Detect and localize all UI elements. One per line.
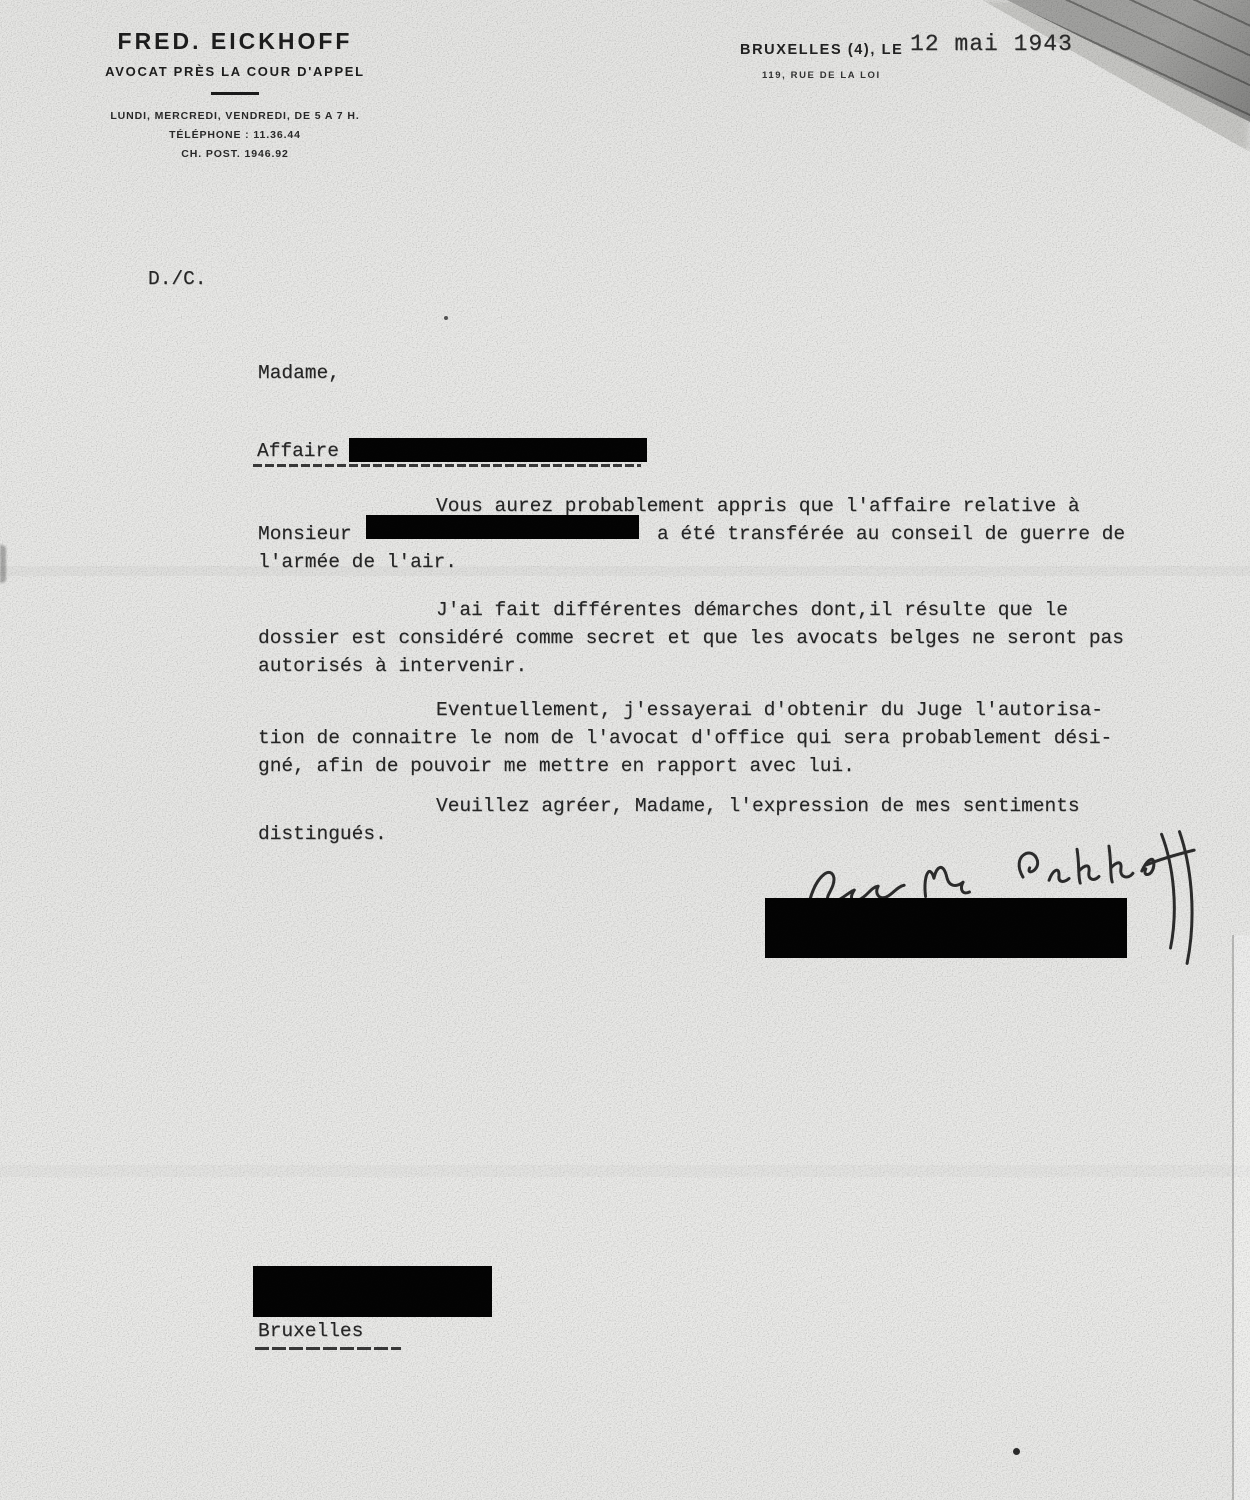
reference-code: D./C. xyxy=(148,268,207,290)
letterhead-phone: TÉLÉPHONE : 11.36.44 xyxy=(68,129,402,141)
letterhead: FRED. EICKHOFF AVOCAT PRÈS LA COUR D'APP… xyxy=(68,28,402,160)
body-line: distingués. xyxy=(258,823,387,845)
body-line: Eventuellement, j'essayerai d'obtenir du… xyxy=(436,699,1103,721)
redaction-bar-subject xyxy=(349,438,647,462)
ink-speck xyxy=(1013,1448,1020,1455)
dateline-city: BRUXELLES (4), LE xyxy=(740,42,903,58)
body-line: l'armée de l'air. xyxy=(258,551,457,573)
subject-label: Affaire xyxy=(257,440,339,462)
body-line: J'ai fait différentes démarches dont,il … xyxy=(436,599,1068,621)
footer-city: Bruxelles xyxy=(258,1320,363,1342)
dateline-address: 119, RUE DE LA LOI xyxy=(762,70,881,81)
body-line: gné, afin de pouvoir me mettre en rappor… xyxy=(258,755,855,777)
edge-smudge xyxy=(0,545,6,583)
body-line: Veuillez agréer, Madame, l'expression de… xyxy=(436,795,1080,817)
body-line: a été transférée au conseil de guerre de xyxy=(657,523,1125,545)
footer-city-underline xyxy=(255,1347,401,1350)
salutation: Madame, xyxy=(258,362,340,384)
letterhead-postal: CH. POST. 1946.92 xyxy=(68,148,402,160)
paper-edge-line xyxy=(1232,935,1234,1500)
ink-speck xyxy=(444,316,448,320)
scanned-letter-page: FRED. EICKHOFF AVOCAT PRÈS LA COUR D'APP… xyxy=(0,0,1250,1500)
redaction-bar-signature xyxy=(765,898,1127,958)
body-line: dossier est considéré comme secret et qu… xyxy=(258,627,1124,649)
scan-grain-overlay xyxy=(0,0,1250,1500)
body-line: autorisés à intervenir. xyxy=(258,655,527,677)
body-line: Vous aurez probablement appris que l'aff… xyxy=(436,495,1080,517)
body-line: Monsieur xyxy=(258,523,352,545)
letterhead-title: AVOCAT PRÈS LA COUR D'APPEL xyxy=(68,64,402,79)
letterhead-hours: LUNDI, MERCREDI, VENDREDI, DE 5 A 7 H. xyxy=(68,110,402,122)
paper-crease xyxy=(0,566,1250,576)
subject-underline xyxy=(253,464,641,467)
redaction-bar-name xyxy=(366,515,639,539)
letterhead-divider xyxy=(211,92,259,95)
redaction-bar-address xyxy=(253,1266,492,1317)
letterhead-name: FRED. EICKHOFF xyxy=(68,28,402,55)
body-line: tion de connaitre le nom de l'avocat d'o… xyxy=(258,727,1112,749)
dateline-typed-date: 12 mai 1943 xyxy=(910,31,1073,57)
paper-crease xyxy=(0,1165,1250,1177)
paper-edge-highlight xyxy=(1234,935,1250,1500)
